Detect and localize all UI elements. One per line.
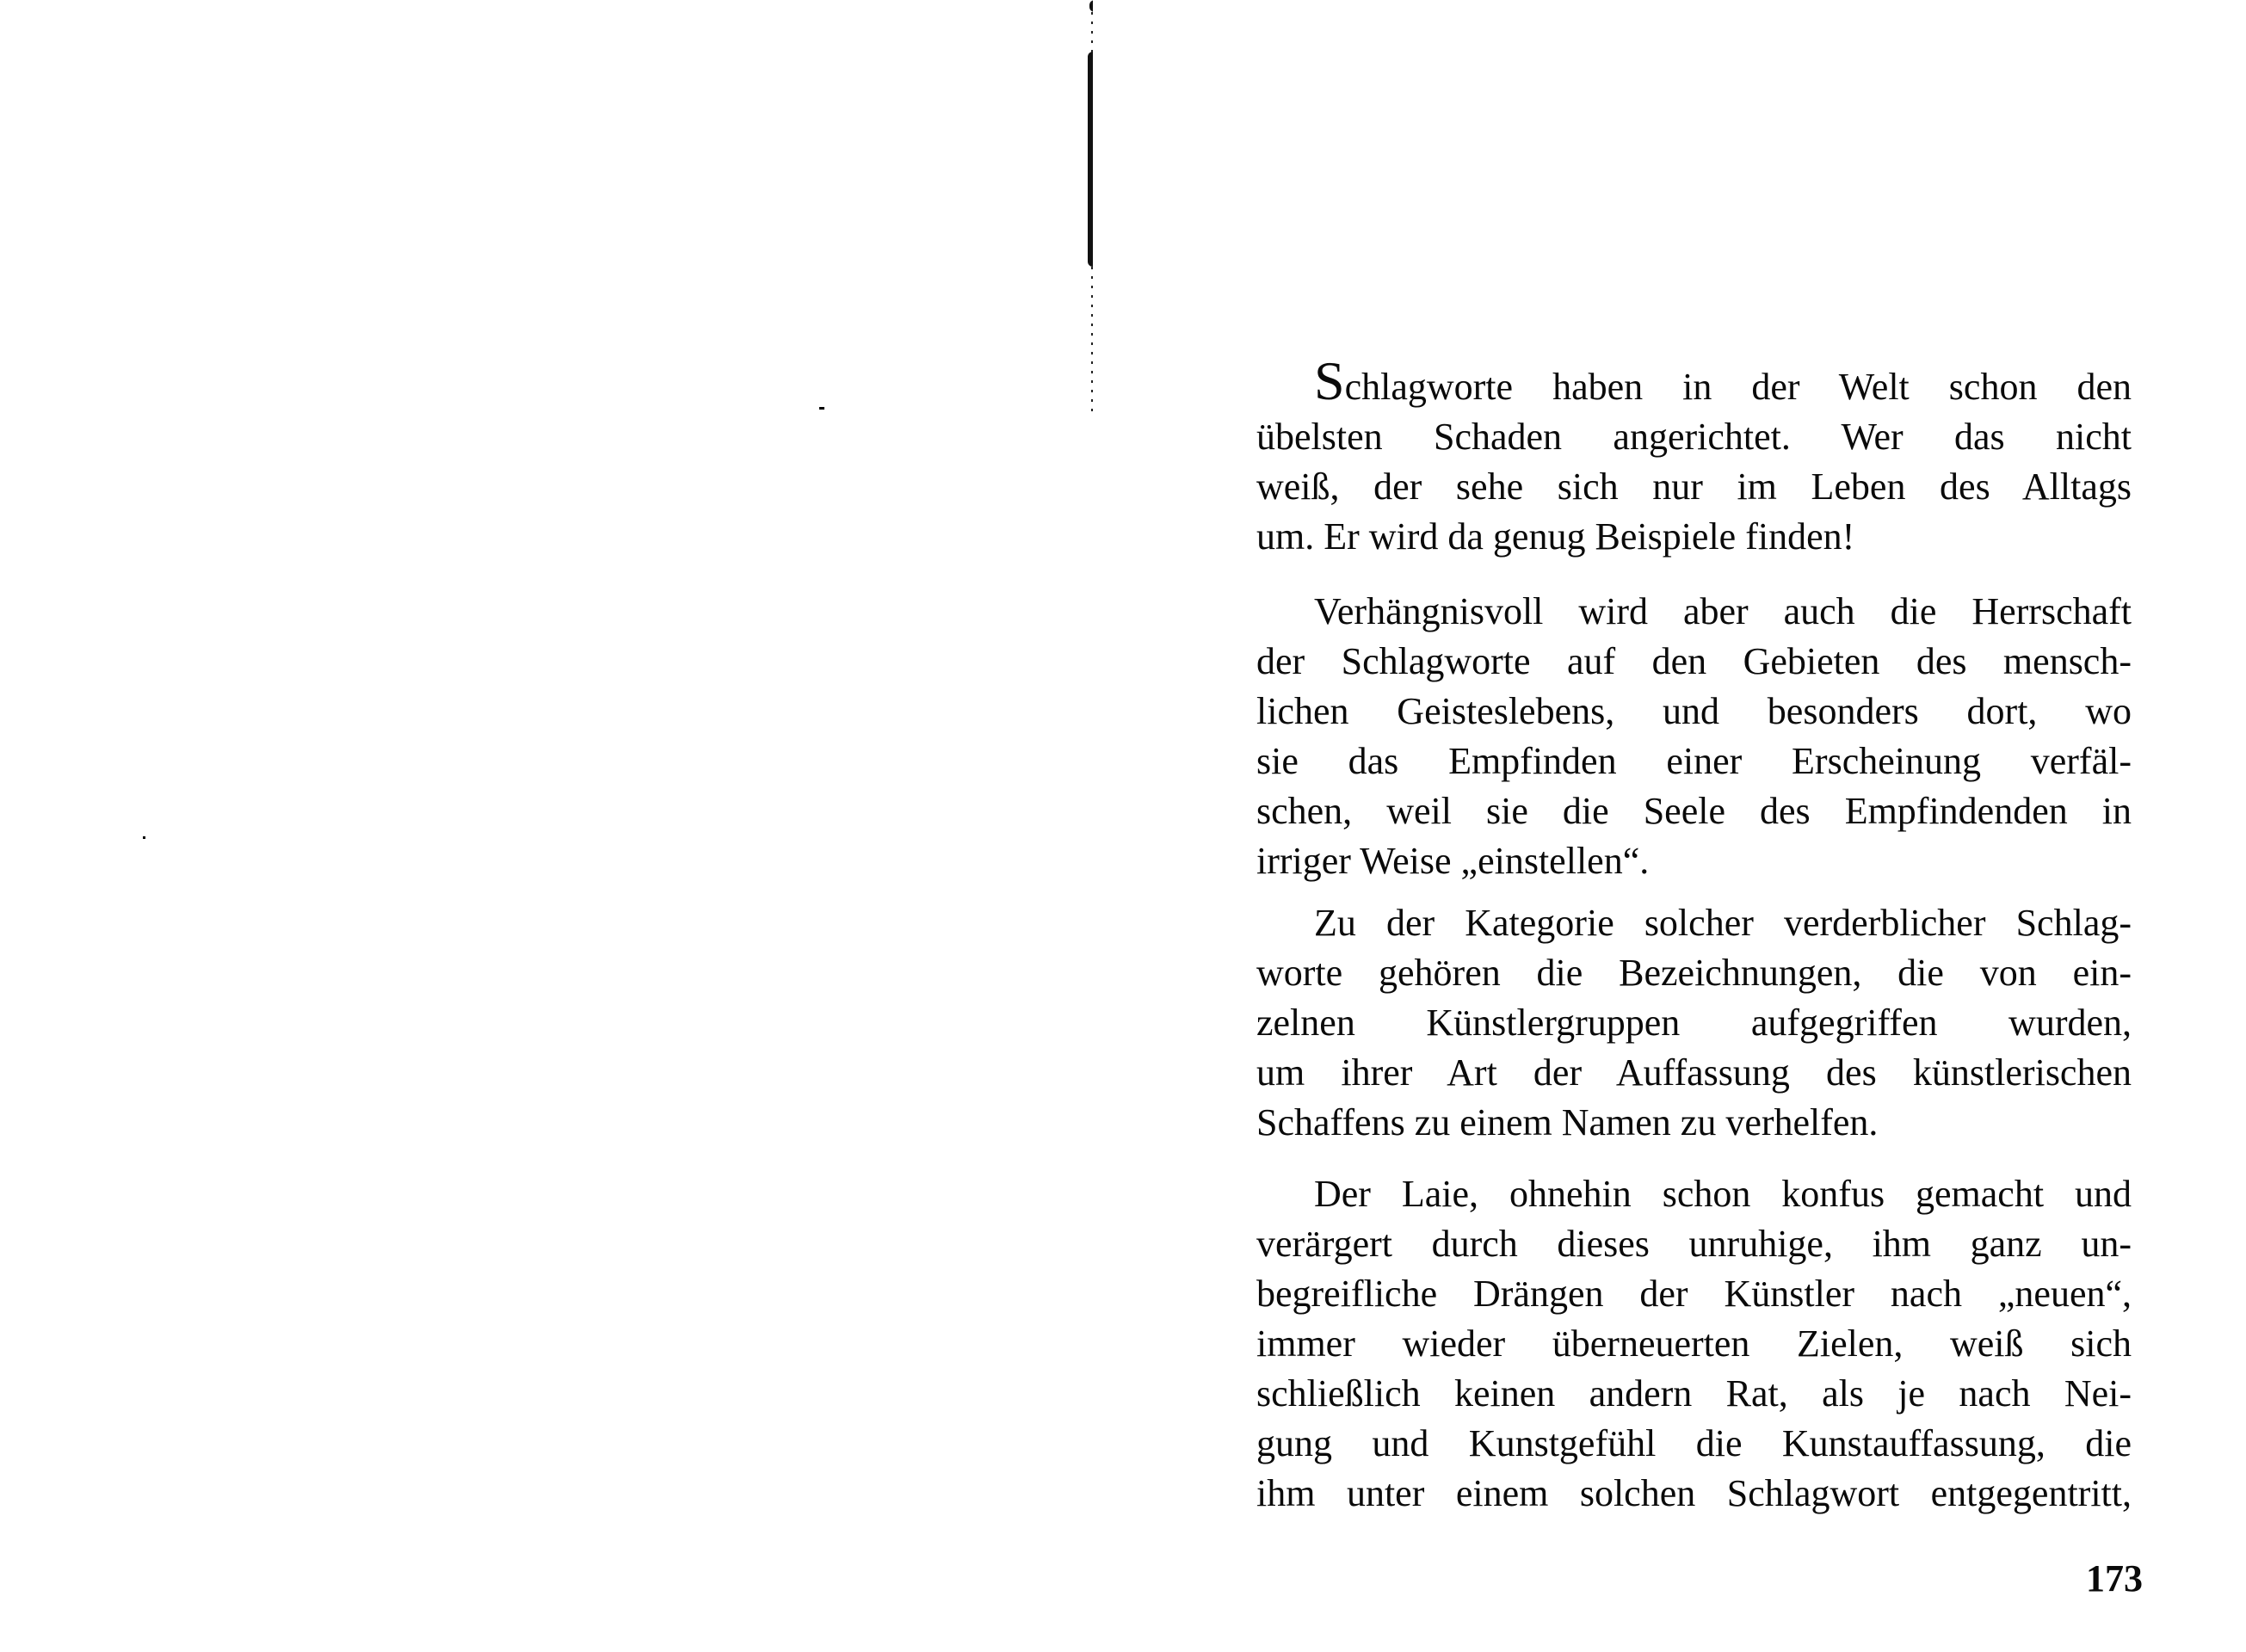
text-line: um. Er wird da genug Beispiele finden! (1256, 512, 2132, 562)
book-spread: Schlagworte haben in der Welt schon den … (0, 0, 2246, 1652)
text-line: Schlagworte haben in der Welt schon den (1256, 362, 2132, 412)
text-line: um ihrer Art der Auffassung des künstler… (1256, 1048, 2132, 1098)
text-line: schließlich keinen andern Rat, als je na… (1256, 1369, 2132, 1419)
paragraph-3: Zu der Kategorie solcher verderblicher S… (1256, 898, 2132, 1148)
text-line: irriger Weise „einstellen“. (1256, 836, 2132, 886)
text-line: lichen Geisteslebens, und besonders dort… (1256, 687, 2132, 737)
text-line: der Schlagworte auf den Gebieten des men… (1256, 637, 2132, 687)
text-line: weiß, der sehe sich nur im Leben des All… (1256, 462, 2132, 512)
text-line: worte gehören die Bezeichnungen, die von… (1256, 948, 2132, 998)
left-page (0, 0, 1093, 1652)
text-line: immer wieder überneuerten Zielen, weiß s… (1256, 1319, 2132, 1369)
text-line: begreifliche Drängen der Künstler nach „… (1256, 1269, 2132, 1319)
paragraph-4: Der Laie, ohnehin schon konfus gemacht u… (1256, 1169, 2132, 1519)
text-line: ihm unter einem solchen Schlagwort entge… (1256, 1469, 2132, 1519)
text-line: Zu der Kategorie solcher verderblicher S… (1256, 898, 2132, 948)
text-line: zelnen Künstlergruppen aufgegriffen wurd… (1256, 998, 2132, 1048)
text-line: verärgert durch dieses unruhige, ihm gan… (1256, 1219, 2132, 1269)
text-line: sie das Empfinden einer Erscheinung verf… (1256, 737, 2132, 786)
text-line: schen, weil sie die Seele des Empfindend… (1256, 786, 2132, 836)
scan-speck (819, 407, 824, 410)
page-number: 173 (2082, 1557, 2143, 1600)
text-line: übelsten Schaden angerichtet. Wer das ni… (1256, 412, 2132, 462)
paragraph-2: Verhängnisvoll wird aber auch die Herrsc… (1256, 587, 2132, 886)
text-line: Verhängnisvoll wird aber auch die Herrsc… (1256, 587, 2132, 637)
paragraph-1: Schlagworte haben in der Welt schon den … (1256, 362, 2132, 562)
scan-speck (143, 836, 145, 839)
drop-cap: S (1314, 350, 1345, 411)
text-line: Schaffens zu einem Namen zu verhelfen. (1256, 1098, 2132, 1148)
text-line: Der Laie, ohnehin schon konfus gemacht u… (1256, 1169, 2132, 1219)
text-line: gung und Kunstgefühl die Kunstauffassung… (1256, 1419, 2132, 1469)
